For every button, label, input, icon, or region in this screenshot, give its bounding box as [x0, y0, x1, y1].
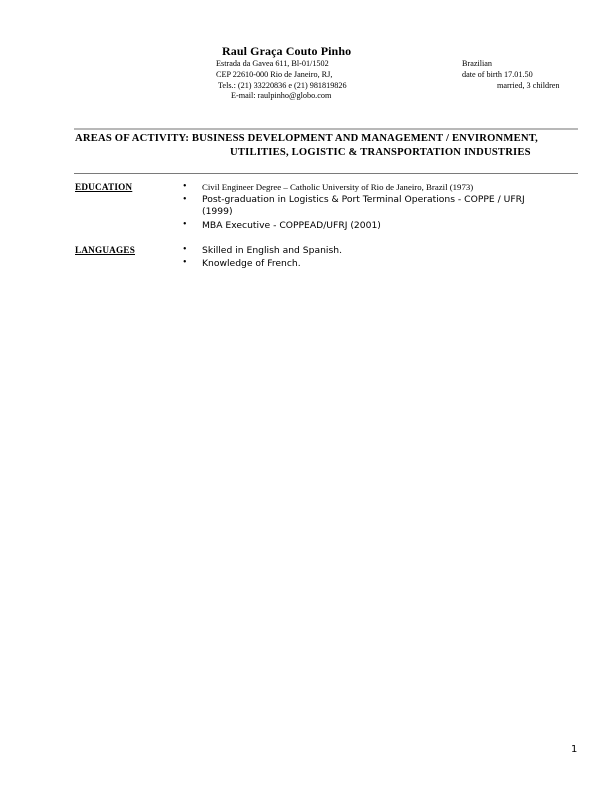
candidate-name: Raul Graça Couto Pinho: [222, 44, 351, 59]
marital-status: married, 3 children: [497, 81, 560, 92]
address-city: CEP 22610-000 Rio de Janeiro, RJ,: [216, 70, 332, 81]
section-education-label: EDUCATION: [75, 182, 132, 192]
language-item: Skilled in English and Spanish.: [202, 245, 342, 256]
bullet-icon: •: [183, 244, 187, 255]
divider-bottom: [74, 173, 578, 174]
divider-top: [74, 128, 578, 130]
education-item-continuation: (1999): [202, 206, 233, 217]
areas-of-activity-line2: UTILITIES, LOGISTIC & TRANSPORTATION IND…: [230, 146, 531, 160]
bullet-icon: •: [183, 257, 187, 268]
education-item: Post-graduation in Logistics & Port Term…: [202, 194, 525, 205]
section-languages-label: LANGUAGES: [75, 245, 135, 255]
education-item: Civil Engineer Degree – Catholic Univers…: [202, 182, 473, 192]
bullet-icon: •: [183, 194, 187, 205]
date-of-birth: date of birth 17.01.50: [462, 70, 533, 81]
address-street: Estrada da Gavea 611, Bl-01/1502: [216, 59, 329, 70]
phone-numbers: Tels.: (21) 33220836 e (21) 981819826: [218, 81, 347, 92]
nationality: Brazilian: [462, 59, 492, 70]
email: E-mail: raulpinho@globo.com: [231, 91, 331, 102]
bullet-icon: •: [183, 219, 187, 230]
education-item: MBA Executive - COPPEAD/UFRJ (2001): [202, 220, 381, 231]
page-number: 1: [571, 744, 577, 755]
bullet-icon: •: [183, 181, 187, 192]
areas-of-activity-line1: AREAS OF ACTIVITY: BUSINESS DEVELOPMENT …: [75, 132, 538, 146]
language-item: Knowledge of French.: [202, 258, 301, 269]
